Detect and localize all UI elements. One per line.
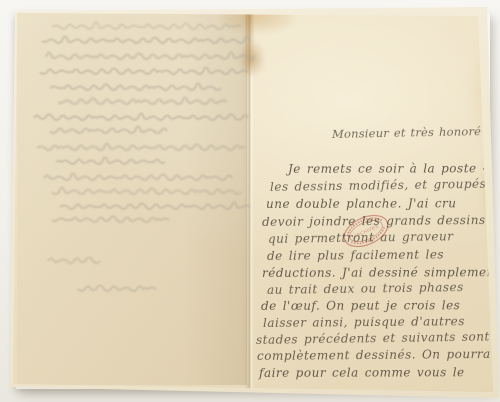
pencil-speck <box>14 7 19 11</box>
letter-body-line: Je remets ce soir à la poste - <box>288 162 487 175</box>
letter-body-line: au trait deux ou trois phases <box>267 281 464 296</box>
stamp-text: ARCHIVES <box>353 223 380 239</box>
letter-body-line: réductions. J'ai dessiné simplement <box>262 266 500 279</box>
letter-page-recto: Monsieur et très honoré maître, Je remet… <box>0 0 500 402</box>
letter-body-line: complètement dessinés. On pourra <box>257 348 491 362</box>
letter-body-line: laisser ainsi, puisque d'autres <box>263 315 465 329</box>
letter-body-line: faire pour cela comme vous le <box>259 366 465 379</box>
letter-body-line: les dessins modifiés, et groupés dans <box>270 177 500 193</box>
letter-body-line: de l'œuf. On peut je crois les <box>261 299 460 312</box>
letter-paper: Monsieur et très honoré maître, Je remet… <box>0 0 500 402</box>
salutation-line: Monsieur et très honoré maître, <box>332 125 500 140</box>
letter-scan: Monsieur et très honoré maître, Je remet… <box>0 0 500 402</box>
letter-body-line: une double planche. J'ai cru <box>266 197 457 210</box>
letter-body-line: stades précédents et suivants sont <box>256 331 490 346</box>
